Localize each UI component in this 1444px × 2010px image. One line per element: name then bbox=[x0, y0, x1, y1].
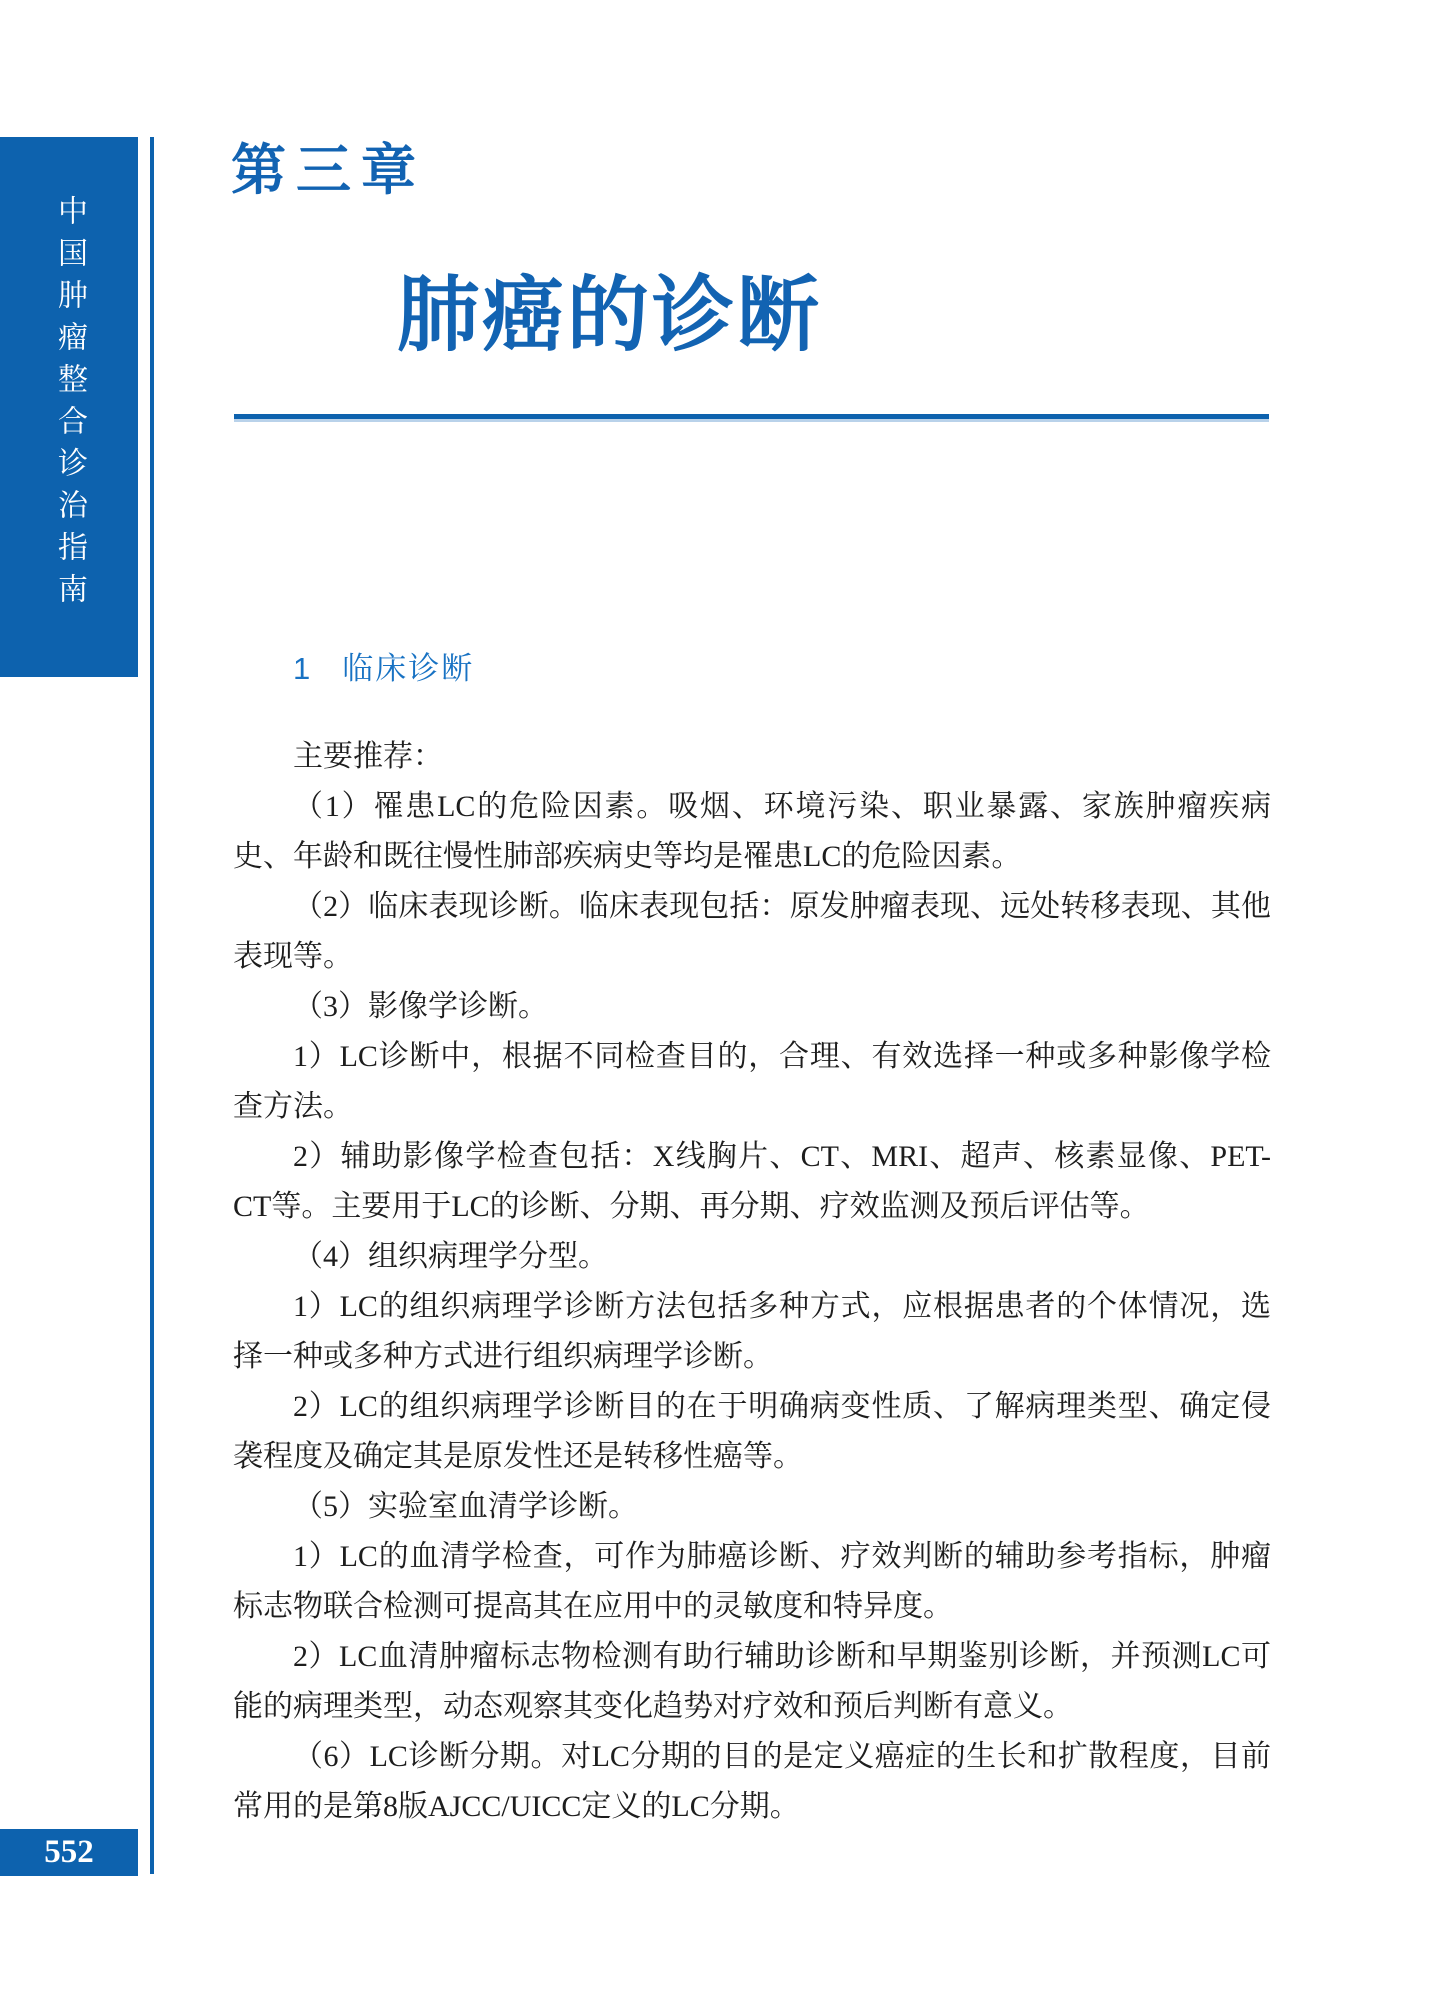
body-paragraph: 2）LC的组织病理学诊断目的在于明确病变性质、了解病理类型、确定侵袭程度及确定其… bbox=[233, 1382, 1271, 1482]
sidebar-divider-line bbox=[150, 137, 154, 1874]
body-paragraph: 2）辅助影像学检查包括：X线胸片、CT、MRI、超声、核素显像、PET-CT等。… bbox=[233, 1132, 1271, 1232]
body-paragraph: 1）LC诊断中，根据不同检查目的，合理、有效选择一种或多种影像学检查方法。 bbox=[233, 1032, 1271, 1132]
body-paragraph: （4）组织病理学分型。 bbox=[233, 1232, 1271, 1282]
body-paragraph: （2）临床表现诊断。临床表现包括：原发肿瘤表现、远处转移表现、其他表现等。 bbox=[233, 882, 1271, 982]
title-rule bbox=[234, 414, 1269, 422]
book-page: 中国肿瘤整合诊治指南 552 第三章 肺癌的诊断 1临床诊断 主要推荐： （1）… bbox=[0, 0, 1444, 2010]
body-paragraph: （3）影像学诊断。 bbox=[233, 982, 1271, 1032]
body-paragraph: （5）实验室血清学诊断。 bbox=[233, 1482, 1271, 1532]
chapter-label: 第三章 bbox=[231, 126, 426, 205]
book-series-title: 中国肿瘤整合诊治指南 bbox=[47, 195, 91, 677]
body-paragraph: （1）罹患LC的危险因素。吸烟、环境污染、职业暴露、家族肿瘤疾病史、年龄和既往慢… bbox=[233, 782, 1271, 882]
body-text: 主要推荐： （1）罹患LC的危险因素。吸烟、环境污染、职业暴露、家族肿瘤疾病史、… bbox=[233, 732, 1271, 1832]
chapter-title: 肺癌的诊断 bbox=[397, 250, 822, 367]
body-paragraph: 1）LC的组织病理学诊断方法包括多种方式，应根据患者的个体情况，选择一种或多种方… bbox=[233, 1282, 1271, 1382]
body-paragraph: （6）LC诊断分期。对LC分期的目的是定义癌症的生长和扩散程度，目前常用的是第8… bbox=[233, 1732, 1271, 1832]
body-paragraph: 1）LC的血清学检查，可作为肺癌诊断、疗效判断的辅助参考指标，肿瘤标志物联合检测… bbox=[233, 1532, 1271, 1632]
body-paragraph: 2）LC血清肿瘤标志物检测有助行辅助诊断和早期鉴别诊断，并预测LC可能的病理类型… bbox=[233, 1632, 1271, 1732]
sidebar-banner: 中国肿瘤整合诊治指南 bbox=[0, 137, 138, 677]
page-number-badge: 552 bbox=[0, 1829, 138, 1876]
section-title: 临床诊断 bbox=[342, 651, 474, 686]
section-heading: 1临床诊断 bbox=[293, 643, 474, 688]
body-paragraph: 主要推荐： bbox=[233, 732, 1271, 782]
section-number: 1 bbox=[293, 651, 312, 686]
